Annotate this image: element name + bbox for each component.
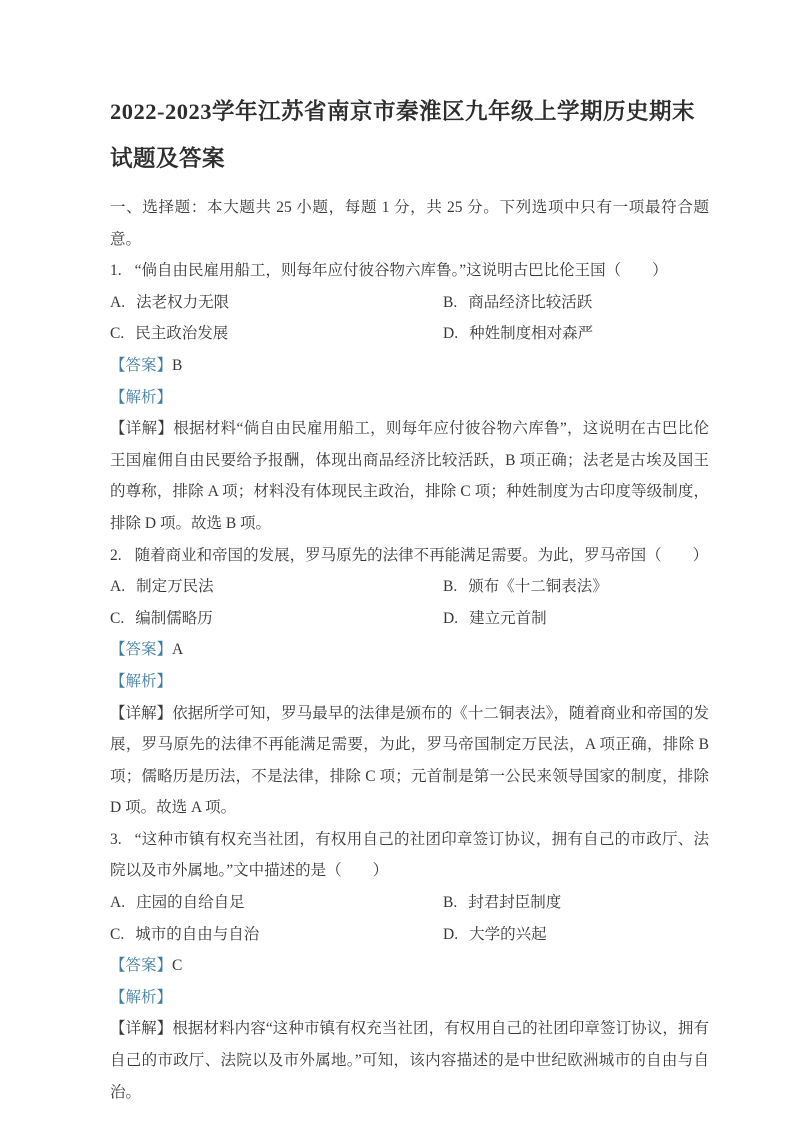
option-text: 法老权力无限 xyxy=(136,294,229,311)
answer-value: C xyxy=(172,957,182,974)
option-b: B.商品经济比较活跃 xyxy=(443,287,709,319)
option-letter: D. xyxy=(443,926,458,943)
option-a: A.法老权力无限 xyxy=(110,287,443,319)
exam-document-page: 2022-2023学年江苏省南京市秦淮区九年级上学期历史期末 试题及答案 一、选… xyxy=(0,0,793,1122)
title-line-2: 试题及答案 xyxy=(110,135,709,182)
answer-line: 【答案】C xyxy=(110,950,709,982)
option-letter: A. xyxy=(110,894,125,911)
detail-text: 根据材料“倘自由民雇用船工，则每年应付彼谷物六库鲁”，这说明在古巴比伦王国雇佣自… xyxy=(110,420,709,532)
question-text: 随着商业和帝国的发展，罗马原先的法律不再能满足需要。为此，罗马帝国（ ） xyxy=(135,547,709,564)
option-c: C.编制儒略历 xyxy=(110,603,443,635)
answer-label: 【答案】 xyxy=(110,641,172,658)
option-text: 商品经济比较活跃 xyxy=(468,294,592,311)
options-grid: A.制定万民法 B.颁布《十二铜表法》 C.编制儒略历 D.建立元首制 xyxy=(110,571,709,634)
answer-line: 【答案】B xyxy=(110,350,709,382)
option-letter: C. xyxy=(110,926,124,943)
option-d: D.种姓制度相对森严 xyxy=(443,318,709,350)
option-a: A.制定万民法 xyxy=(110,571,443,603)
analysis-line: 【解析】 xyxy=(110,982,709,1014)
option-letter: B. xyxy=(443,894,457,911)
option-letter: B. xyxy=(443,578,457,595)
option-text: 封君封臣制度 xyxy=(468,894,561,911)
option-letter: D. xyxy=(443,325,458,342)
question-block-2: 2.随着商业和帝国的发展，罗马原先的法律不再能满足需要。为此，罗马帝国（ ） A… xyxy=(110,540,709,824)
question-stem: 1.“倘自由民雇用船工，则每年应付彼谷物六库鲁。”这说明古巴比伦王国（ ） xyxy=(110,255,709,287)
detail-paragraph: 【详解】依据所学可知，罗马最早的法律是颁布的《十二铜表法》，随着商业和帝国的发展… xyxy=(110,698,709,824)
answer-value: B xyxy=(172,357,182,374)
option-text: 庄园的自给自足 xyxy=(136,894,245,911)
question-number: 3. xyxy=(110,831,122,848)
analysis-label: 【解析】 xyxy=(110,673,172,690)
option-text: 种姓制度相对森严 xyxy=(469,325,593,342)
option-letter: A. xyxy=(110,294,125,311)
analysis-label: 【解析】 xyxy=(110,389,172,406)
option-text: 建立元首制 xyxy=(469,610,547,627)
analysis-line: 【解析】 xyxy=(110,666,709,698)
question-block-1: 1.“倘自由民雇用船工，则每年应付彼谷物六库鲁。”这说明古巴比伦王国（ ） A.… xyxy=(110,255,709,539)
detail-paragraph: 【详解】根据材料“倘自由民雇用船工，则每年应付彼谷物六库鲁”，这说明在古巴比伦王… xyxy=(110,413,709,539)
option-text: 民主政治发展 xyxy=(135,325,228,342)
option-letter: C. xyxy=(110,610,124,627)
option-text: 城市的自由与自治 xyxy=(135,926,259,943)
document-title: 2022-2023学年江苏省南京市秦淮区九年级上学期历史期末 试题及答案 xyxy=(110,88,709,182)
question-block-3: 3.“这种市镇有权充当社团，有权用自己的社团印章签订协议，拥有自己的市政厅、法院… xyxy=(110,824,709,1108)
option-text: 编制儒略历 xyxy=(135,610,213,627)
option-text: 大学的兴起 xyxy=(469,926,547,943)
option-text: 颁布《十二铜表法》 xyxy=(468,578,608,595)
question-text: “这种市镇有权充当社团，有权用自己的社团印章签订协议，拥有自己的市政厅、法院以及… xyxy=(110,831,709,880)
question-number: 2. xyxy=(110,547,122,564)
answer-label: 【答案】 xyxy=(110,357,172,374)
options-grid: A.庄园的自给自足 B.封君封臣制度 C.城市的自由与自治 D.大学的兴起 xyxy=(110,887,709,950)
detail-label: 【详解】 xyxy=(110,705,172,722)
question-stem: 3.“这种市镇有权充当社团，有权用自己的社团印章签订协议，拥有自己的市政厅、法院… xyxy=(110,824,709,887)
detail-paragraph: 【详解】根据材料内容“这种市镇有权充当社团，有权用自己的社团印章签订协议，拥有自… xyxy=(110,1013,709,1108)
analysis-label: 【解析】 xyxy=(110,989,172,1006)
option-c: C.城市的自由与自治 xyxy=(110,919,443,951)
options-grid: A.法老权力无限 B.商品经济比较活跃 C.民主政治发展 D.种姓制度相对森严 xyxy=(110,287,709,350)
option-b: B.封君封臣制度 xyxy=(443,887,709,919)
section-header: 一、选择题：本大题共 25 小题，每题 1 分，共 25 分。下列选项中只有一项… xyxy=(110,192,709,255)
detail-text: 依据所学可知，罗马最早的法律是颁布的《十二铜表法》，随着商业和帝国的发展，罗马原… xyxy=(110,705,709,817)
option-a: A.庄园的自给自足 xyxy=(110,887,443,919)
option-letter: D. xyxy=(443,610,458,627)
option-letter: C. xyxy=(110,325,124,342)
option-b: B.颁布《十二铜表法》 xyxy=(443,571,709,603)
option-letter: A. xyxy=(110,578,125,595)
question-number: 1. xyxy=(110,262,122,279)
option-d: D.大学的兴起 xyxy=(443,919,709,951)
detail-text: 根据材料内容“这种市镇有权充当社团，有权用自己的社团印章签订协议，拥有自己的市政… xyxy=(110,1020,709,1100)
question-stem: 2.随着商业和帝国的发展，罗马原先的法律不再能满足需要。为此，罗马帝国（ ） xyxy=(110,540,709,572)
option-text: 制定万民法 xyxy=(136,578,214,595)
option-d: D.建立元首制 xyxy=(443,603,709,635)
detail-label: 【详解】 xyxy=(110,420,173,437)
answer-label: 【答案】 xyxy=(110,957,172,974)
analysis-line: 【解析】 xyxy=(110,382,709,414)
title-line-1: 2022-2023学年江苏省南京市秦淮区九年级上学期历史期末 xyxy=(110,88,709,135)
answer-line: 【答案】A xyxy=(110,634,709,666)
answer-value: A xyxy=(172,641,183,658)
detail-label: 【详解】 xyxy=(110,1020,172,1037)
option-c: C.民主政治发展 xyxy=(110,318,443,350)
question-text: “倘自由民雇用船工，则每年应付彼谷物六库鲁。”这说明古巴比伦王国（ ） xyxy=(135,262,668,279)
option-letter: B. xyxy=(443,294,457,311)
